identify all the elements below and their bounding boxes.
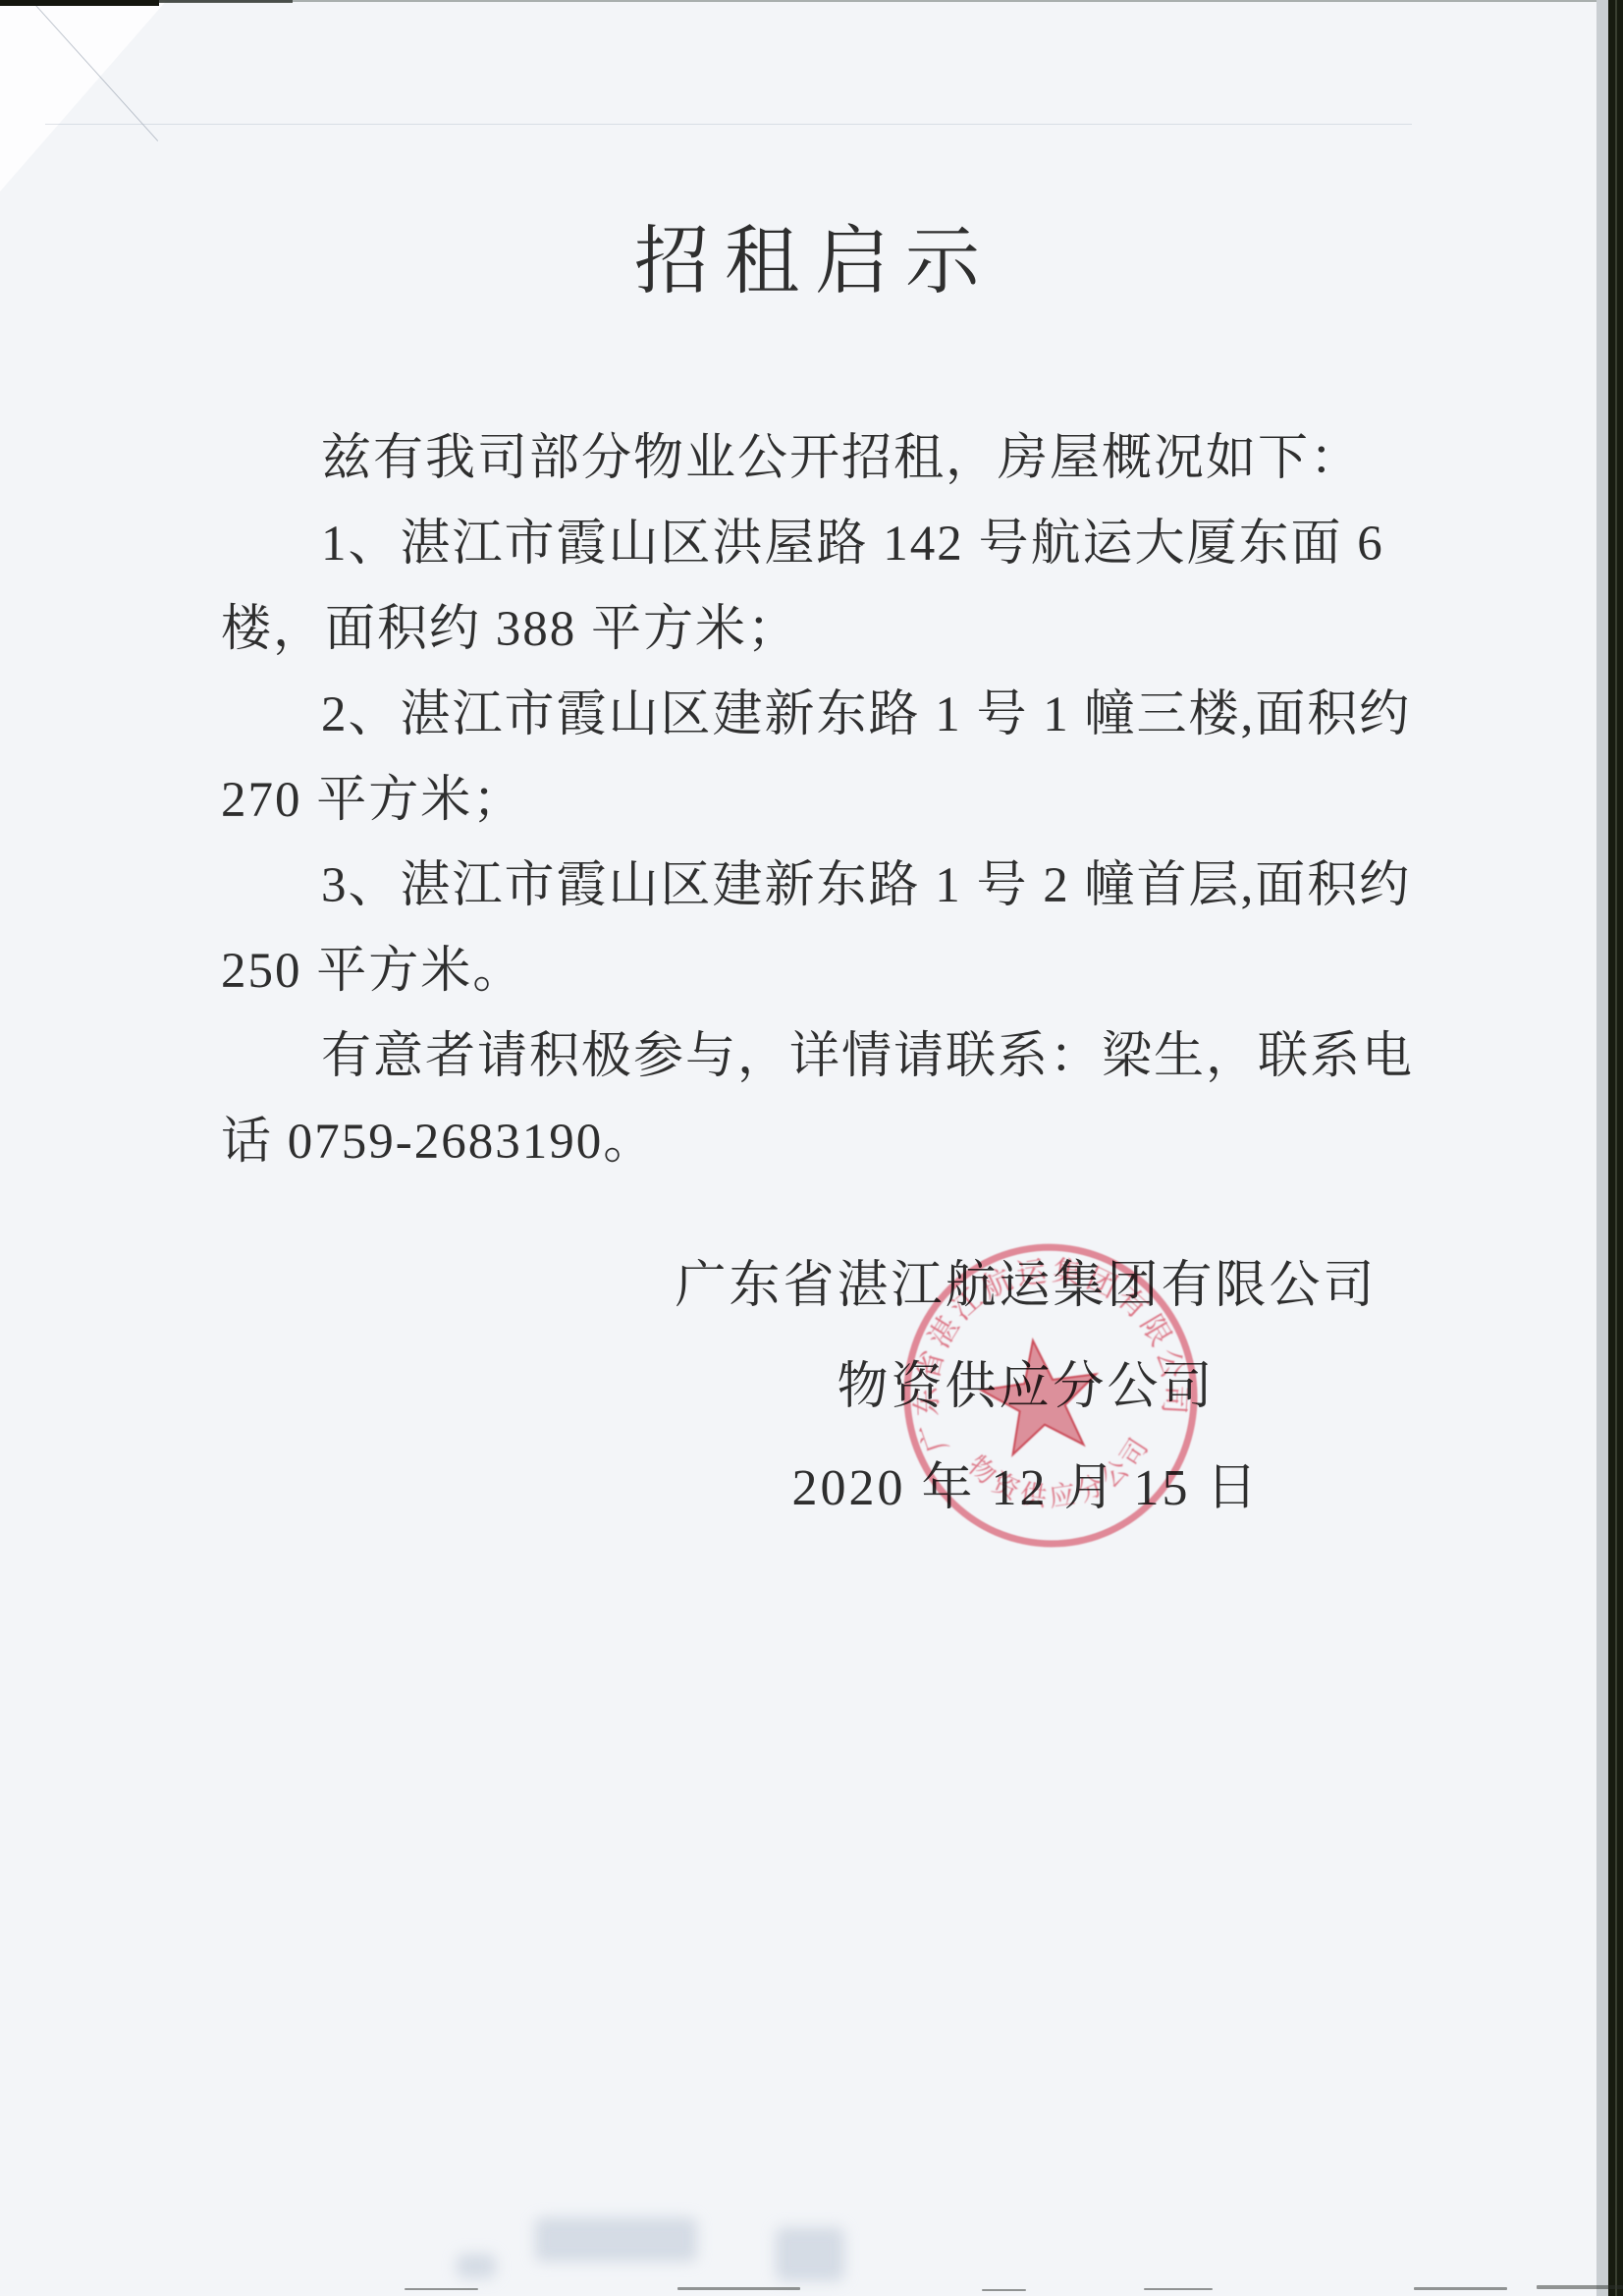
document-title: 招租启示 (221, 216, 1409, 309)
top-edge-scan-bar (0, 0, 159, 6)
bottom-scan-dash (677, 2287, 800, 2290)
bleedthrough-smudge (776, 2227, 844, 2281)
top-edge-scan-bar-faint (159, 0, 293, 3)
bottom-scan-dash (982, 2289, 1026, 2291)
paper-crease-line (45, 124, 1412, 125)
bottom-scan-dash (405, 2288, 478, 2290)
right-edge-scan-seam (1615, 0, 1617, 2296)
body-line-contact: 有意者请积极参与，详情请联系：梁生，联系电 (221, 1014, 1414, 1100)
body-line-intro: 兹有我司部分物业公开招租，房屋概况如下： (221, 416, 1414, 502)
scanned-document-page: 招租启示 兹有我司部分物业公开招租，房屋概况如下： 1、湛江市霞山区洪屋路 14… (0, 0, 1623, 2296)
body-line-item1: 1、湛江市霞山区洪屋路 142 号航运大厦东面 6 (221, 502, 1414, 587)
bleedthrough-smudge (535, 2217, 697, 2262)
body-line-item1-cont: 楼，面积约 388 平方米； (221, 587, 1414, 673)
bottom-scan-dash (1144, 2288, 1213, 2290)
body-line-contact-cont: 话 0759-2683190。 (221, 1100, 1414, 1185)
bleedthrough-smudge (457, 2254, 496, 2278)
document-body: 兹有我司部分物业公开招租，房屋概况如下： 1、湛江市霞山区洪屋路 142 号航运… (221, 416, 1414, 1185)
seal-star-icon (976, 1333, 1106, 1458)
seal-arc-text-bottom: 物资供应分公司 (959, 1426, 1163, 1524)
page-corner-fold (0, 0, 167, 191)
bottom-scan-dash (1537, 2285, 1623, 2289)
company-seal-stamp: 广东省湛江航运集团有限公司 物资供应分公司 (882, 1222, 1221, 1569)
body-line-item2-cont: 270 平方米； (221, 758, 1414, 844)
body-line-item3-cont: 250 平方米。 (221, 929, 1414, 1014)
body-line-item3: 3、湛江市霞山区建新东路 1 号 2 幢首层,面积约 (221, 844, 1414, 929)
right-edge-shadow-strip (1596, 0, 1608, 2296)
bottom-scan-dash (1414, 2287, 1507, 2290)
body-line-item2: 2、湛江市霞山区建新东路 1 号 1 幢三楼,面积约 (221, 673, 1414, 758)
seal-graphic: 广东省湛江航运集团有限公司 物资供应分公司 (882, 1222, 1221, 1569)
svg-text:物资供应分公司: 物资供应分公司 (959, 1426, 1163, 1524)
